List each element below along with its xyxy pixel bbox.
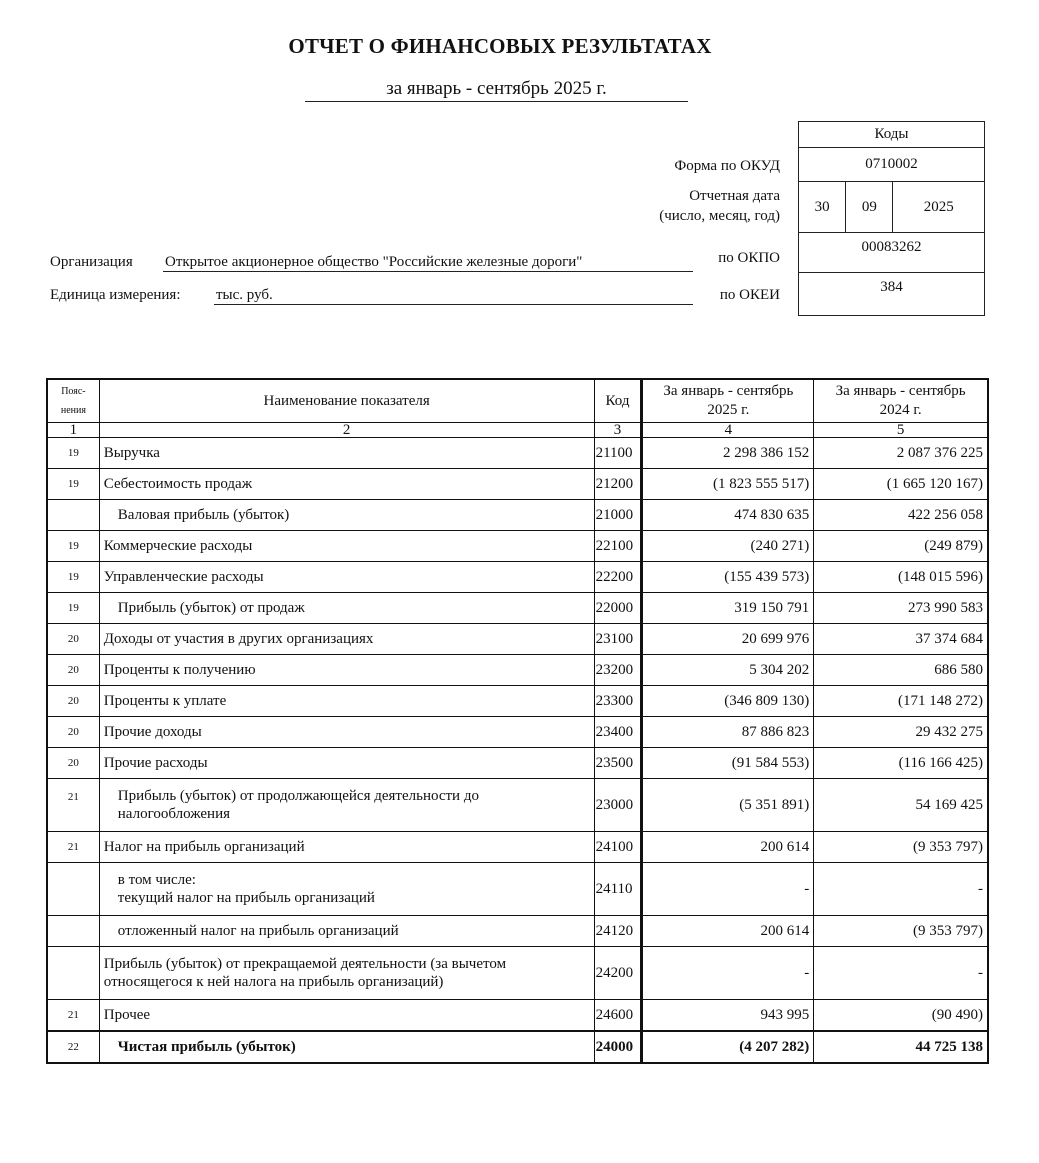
unit-row: Единица измерения: тыс. руб. bbox=[50, 287, 180, 304]
table-row: 20Прочие доходы2340087 886 82329 432 275 bbox=[47, 717, 988, 748]
col-number: 4 bbox=[642, 423, 814, 438]
header-period-2025-line1: За январь - сентябрь bbox=[647, 382, 809, 401]
row-note: 21 bbox=[47, 779, 99, 832]
header-name: Наименование показателя bbox=[99, 379, 594, 423]
row-value-2024: 44 725 138 bbox=[814, 1031, 988, 1063]
row-code: 24120 bbox=[594, 916, 642, 947]
header-period-2024-line2: 2024 г. bbox=[818, 401, 983, 420]
row-note: 19 bbox=[47, 469, 99, 500]
row-note bbox=[47, 863, 99, 916]
row-value-2024: (249 879) bbox=[814, 531, 988, 562]
table-row: 19Прибыль (убыток) от продаж22000319 150… bbox=[47, 593, 988, 624]
row-name: Прибыль (убыток) от продаж bbox=[99, 593, 594, 624]
row-value-2025: 20 699 976 bbox=[642, 624, 814, 655]
okei-code: 384 bbox=[799, 273, 985, 316]
row-note: 20 bbox=[47, 655, 99, 686]
row-value-2025: 2 298 386 152 bbox=[642, 438, 814, 469]
row-name: Налог на прибыль организаций bbox=[99, 832, 594, 863]
row-value-2025: - bbox=[642, 863, 814, 916]
row-code: 23500 bbox=[594, 748, 642, 779]
row-name-line1: в том числе: bbox=[118, 871, 590, 889]
table-row: 22Чистая прибыль (убыток)24000(4 207 282… bbox=[47, 1031, 988, 1063]
row-name: Выручка bbox=[99, 438, 594, 469]
row-name: Проценты к уплате bbox=[99, 686, 594, 717]
row-code: 23000 bbox=[594, 779, 642, 832]
row-value-2025: 474 830 635 bbox=[642, 500, 814, 531]
report-title: ОТЧЕТ О ФИНАНСОВЫХ РЕЗУЛЬТАТАХ bbox=[0, 34, 1000, 59]
row-value-2024: 273 990 583 bbox=[814, 593, 988, 624]
column-numbers-row: 1 2 3 4 5 bbox=[47, 423, 988, 438]
table-row: 20Проценты к получению232005 304 202686 … bbox=[47, 655, 988, 686]
row-value-2024: (90 490) bbox=[814, 1000, 988, 1032]
table-row: 20Прочие расходы23500(91 584 553)(116 16… bbox=[47, 748, 988, 779]
header-period-2025-line2: 2025 г. bbox=[647, 401, 809, 420]
okpo-code: 00083262 bbox=[799, 233, 985, 273]
report-date-label: Отчетная дата (число, месяц, год) bbox=[560, 186, 780, 226]
unit-value: тыс. руб. bbox=[214, 287, 693, 305]
organization-row: Организация Открытое акционерное обществ… bbox=[50, 254, 133, 271]
row-code: 23200 bbox=[594, 655, 642, 686]
report-period: за январь - сентябрь 2025 г. bbox=[305, 78, 688, 102]
table-row: 21Прибыль (убыток) от продолжающейся дея… bbox=[47, 779, 988, 832]
report-year: 2025 bbox=[893, 182, 985, 233]
header-code: Код bbox=[594, 379, 642, 423]
row-value-2025: (346 809 130) bbox=[642, 686, 814, 717]
row-name: Коммерческие расходы bbox=[99, 531, 594, 562]
row-value-2025: (1 823 555 517) bbox=[642, 469, 814, 500]
row-value-2025: (4 207 282) bbox=[642, 1031, 814, 1063]
row-code: 24110 bbox=[594, 863, 642, 916]
row-note bbox=[47, 916, 99, 947]
row-note: 22 bbox=[47, 1031, 99, 1063]
unit-label: Единица измерения: bbox=[50, 287, 180, 304]
row-value-2025: 200 614 bbox=[642, 832, 814, 863]
table-row: 20Доходы от участия в других организация… bbox=[47, 624, 988, 655]
table-row: Прибыль (убыток) от прекращаемой деятель… bbox=[47, 947, 988, 1000]
row-code: 24600 bbox=[594, 1000, 642, 1032]
row-value-2025: 319 150 791 bbox=[642, 593, 814, 624]
row-name: Себестоимость продаж bbox=[99, 469, 594, 500]
header-note: Пояс-нения bbox=[47, 379, 99, 423]
financial-results-table: Пояс-нения Наименование показателя Код З… bbox=[46, 378, 989, 1064]
row-name: Прибыль (убыток) от продолжающейся деяте… bbox=[99, 779, 594, 832]
row-note: 19 bbox=[47, 438, 99, 469]
header-period-2024-line1: За январь - сентябрь bbox=[818, 382, 983, 401]
table-row: 19Выручка211002 298 386 1522 087 376 225 bbox=[47, 438, 988, 469]
row-name: Прочее bbox=[99, 1000, 594, 1032]
row-value-2024: 29 432 275 bbox=[814, 717, 988, 748]
codes-header: Коды bbox=[799, 122, 985, 148]
row-code: 23400 bbox=[594, 717, 642, 748]
col-number: 1 bbox=[47, 423, 99, 438]
col-number: 2 bbox=[99, 423, 594, 438]
row-value-2024: 422 256 058 bbox=[814, 500, 988, 531]
okud-label: Форма по ОКУД bbox=[600, 158, 780, 175]
row-note bbox=[47, 947, 99, 1000]
row-code: 21100 bbox=[594, 438, 642, 469]
row-note: 20 bbox=[47, 717, 99, 748]
row-name: Прочие доходы bbox=[99, 717, 594, 748]
row-code: 21000 bbox=[594, 500, 642, 531]
row-name-line2: относящегося к ней налога на прибыль орг… bbox=[104, 973, 590, 991]
row-value-2024: - bbox=[814, 947, 988, 1000]
row-name: Прибыль (убыток) от прекращаемой деятель… bbox=[99, 947, 594, 1000]
row-value-2025: - bbox=[642, 947, 814, 1000]
row-value-2024: 37 374 684 bbox=[814, 624, 988, 655]
row-value-2024: (148 015 596) bbox=[814, 562, 988, 593]
header-period-2024: За январь - сентябрь 2024 г. bbox=[814, 379, 988, 423]
row-code: 24100 bbox=[594, 832, 642, 863]
col-number: 3 bbox=[594, 423, 642, 438]
report-month: 09 bbox=[846, 182, 893, 233]
row-name-line1: Прибыль (убыток) от прекращаемой деятель… bbox=[104, 955, 590, 973]
row-value-2025: (240 271) bbox=[642, 531, 814, 562]
row-note bbox=[47, 500, 99, 531]
organization-label: Организация bbox=[50, 254, 133, 271]
row-value-2025: 5 304 202 bbox=[642, 655, 814, 686]
row-value-2025: (5 351 891) bbox=[642, 779, 814, 832]
row-value-2025: (155 439 573) bbox=[642, 562, 814, 593]
table-row: 19Управленческие расходы22200(155 439 57… bbox=[47, 562, 988, 593]
row-note: 20 bbox=[47, 624, 99, 655]
row-code: 22100 bbox=[594, 531, 642, 562]
table-header-row: Пояс-нения Наименование показателя Код З… bbox=[47, 379, 988, 423]
row-value-2024: (9 353 797) bbox=[814, 916, 988, 947]
row-value-2025: 87 886 823 bbox=[642, 717, 814, 748]
row-code: 23100 bbox=[594, 624, 642, 655]
row-note: 19 bbox=[47, 562, 99, 593]
row-code: 22200 bbox=[594, 562, 642, 593]
row-value-2024: 54 169 425 bbox=[814, 779, 988, 832]
row-note: 19 bbox=[47, 531, 99, 562]
table-row: 19Коммерческие расходы22100(240 271)(249… bbox=[47, 531, 988, 562]
table-row: 20Проценты к уплате23300(346 809 130)(17… bbox=[47, 686, 988, 717]
row-value-2024: 2 087 376 225 bbox=[814, 438, 988, 469]
row-name-line2: текущий налог на прибыль организаций bbox=[118, 889, 590, 907]
row-value-2024: (171 148 272) bbox=[814, 686, 988, 717]
header-period-2025: За январь - сентябрь 2025 г. bbox=[642, 379, 814, 423]
row-code: 24200 bbox=[594, 947, 642, 1000]
row-code: 22000 bbox=[594, 593, 642, 624]
row-value-2024: - bbox=[814, 863, 988, 916]
row-value-2024: (9 353 797) bbox=[814, 832, 988, 863]
row-name: Валовая прибыль (убыток) bbox=[99, 500, 594, 531]
table-row: в том числе:текущий налог на прибыль орг… bbox=[47, 863, 988, 916]
row-name: в том числе:текущий налог на прибыль орг… bbox=[99, 863, 594, 916]
table-row: отложенный налог на прибыль организаций2… bbox=[47, 916, 988, 947]
row-name: Чистая прибыль (убыток) bbox=[99, 1031, 594, 1063]
row-value-2024: (1 665 120 167) bbox=[814, 469, 988, 500]
row-name-line1: Прибыль (убыток) от продолжающейся деяте… bbox=[118, 787, 590, 805]
codes-box: Коды 0710002 30 09 2025 00083262 384 bbox=[798, 121, 985, 316]
table-row: 21Налог на прибыль организаций24100200 6… bbox=[47, 832, 988, 863]
col-number: 5 bbox=[814, 423, 988, 438]
table-row: 19Себестоимость продаж21200(1 823 555 51… bbox=[47, 469, 988, 500]
row-code: 24000 bbox=[594, 1031, 642, 1063]
row-value-2024: (116 166 425) bbox=[814, 748, 988, 779]
row-value-2024: 686 580 bbox=[814, 655, 988, 686]
row-value-2025: 943 995 bbox=[642, 1000, 814, 1032]
report-date-label-line1: Отчетная дата bbox=[560, 186, 780, 206]
row-code: 21200 bbox=[594, 469, 642, 500]
row-value-2025: 200 614 bbox=[642, 916, 814, 947]
table-row: 21Прочее24600943 995(90 490) bbox=[47, 1000, 988, 1032]
row-name: Управленческие расходы bbox=[99, 562, 594, 593]
row-note: 21 bbox=[47, 832, 99, 863]
organization-name: Открытое акционерное общество "Российски… bbox=[163, 254, 693, 272]
row-value-2025: (91 584 553) bbox=[642, 748, 814, 779]
row-note: 21 bbox=[47, 1000, 99, 1032]
row-code: 23300 bbox=[594, 686, 642, 717]
table-row: Валовая прибыль (убыток)21000474 830 635… bbox=[47, 500, 988, 531]
report-day: 30 bbox=[799, 182, 846, 233]
okud-code: 0710002 bbox=[799, 148, 985, 182]
row-name-line2: налогообложения bbox=[118, 805, 590, 823]
row-note: 20 bbox=[47, 748, 99, 779]
row-name: Доходы от участия в других организациях bbox=[99, 624, 594, 655]
row-name: Проценты к получению bbox=[99, 655, 594, 686]
report-date-label-line2: (число, месяц, год) bbox=[560, 206, 780, 226]
row-note: 19 bbox=[47, 593, 99, 624]
row-note: 20 bbox=[47, 686, 99, 717]
row-name: Прочие расходы bbox=[99, 748, 594, 779]
row-name: отложенный налог на прибыль организаций bbox=[99, 916, 594, 947]
